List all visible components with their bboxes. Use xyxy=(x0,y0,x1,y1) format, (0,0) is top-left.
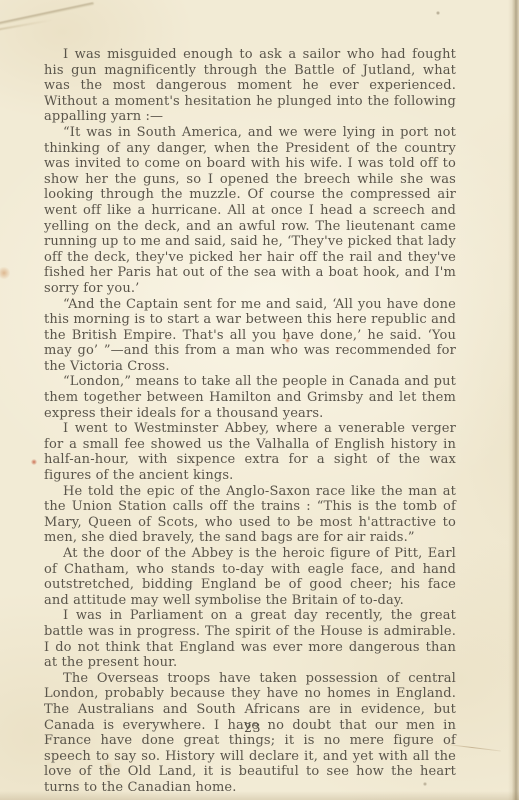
scanned-book-page: I was misguided enough to ask a sailor w… xyxy=(0,0,519,800)
page-right-edge-shadow xyxy=(508,0,519,800)
paper-stain xyxy=(0,266,10,280)
page-bottom-edge-shadow xyxy=(0,791,519,800)
paragraph: I was misguided enough to ask a sailor w… xyxy=(44,47,456,125)
paragraph: He told the epic of the Anglo-Saxon race… xyxy=(44,484,456,546)
paragraph: At the door of the Abbey is the heroic f… xyxy=(44,546,456,608)
page-text-block: I was misguided enough to ask a sailor w… xyxy=(44,47,456,796)
paper-stain xyxy=(31,459,37,465)
page-number: 23 xyxy=(0,720,505,735)
paragraph: “And the Captain sent for me and said, ‘… xyxy=(44,297,456,375)
paragraph: “London,” means to take all the people i… xyxy=(44,374,456,421)
paper-crease xyxy=(0,2,94,27)
paragraph: I was in Parliament on a great day recen… xyxy=(44,608,456,670)
paragraph: “It was in South America, and we were ly… xyxy=(44,125,456,297)
paragraph: I went to Westminster Abbey, where a ven… xyxy=(44,421,456,483)
paper-speck xyxy=(436,11,440,15)
